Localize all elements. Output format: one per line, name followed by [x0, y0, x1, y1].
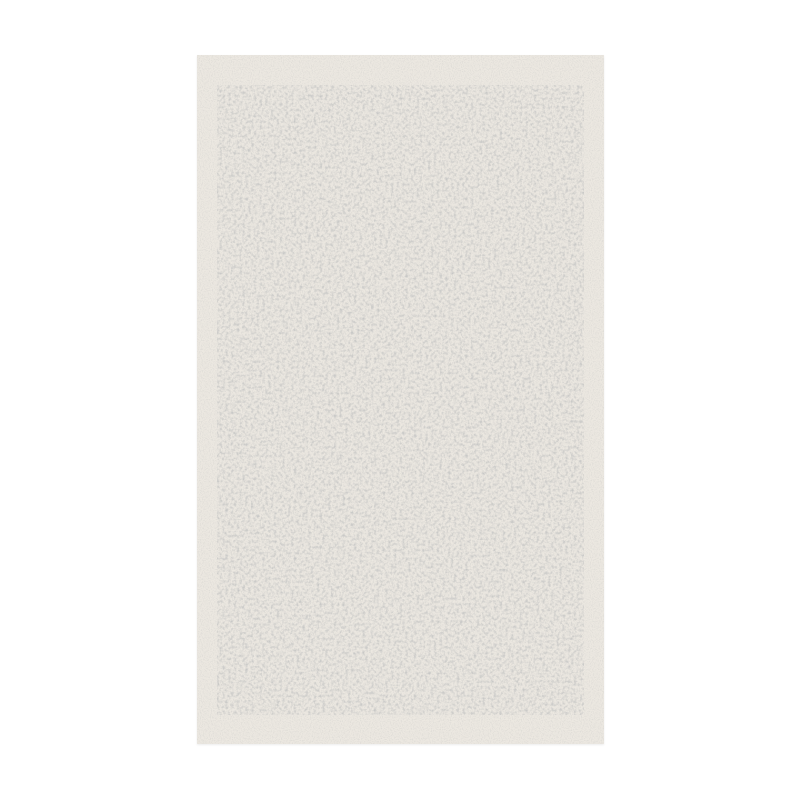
rug-pattern: [197, 55, 604, 744]
rug: [197, 55, 604, 744]
